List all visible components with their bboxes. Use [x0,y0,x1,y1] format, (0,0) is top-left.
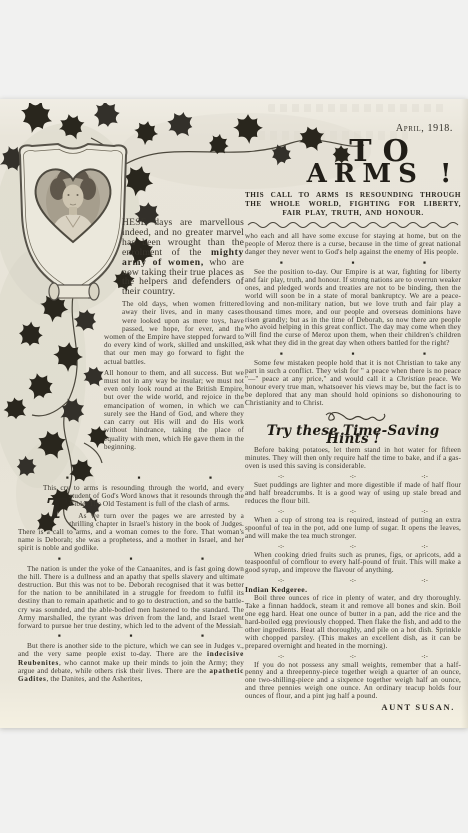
wrap-spacer [18,330,104,456]
article-title: TO ARMS ! [297,139,461,185]
kedgeree-heading: Indian Kedgeree. [245,586,461,594]
square-mark: ■ [130,633,133,639]
hint-mark: -:- [278,544,284,550]
square-mark: ■ [201,633,204,639]
hint-paragraph: Suet puddings are lighter and more diges… [245,482,461,506]
article-subtitle: THIS CALL TO ARMS IS RESOUNDING THROUGH … [245,191,461,217]
hint-mark: -:- [350,578,356,584]
hint-mark: -:- [422,654,428,660]
square-mark: ■ [209,475,212,481]
square-mark: ■ [352,351,355,357]
hint-mark: -:- [350,544,356,550]
hint-mark: -:- [422,509,428,515]
hint-separator: -:- -:- -:- [278,578,428,584]
hint-paragraph: When cooking dried fruits such as prunes… [245,552,461,576]
hint-mark: -:- [278,654,284,660]
issue-date: April, 1918. [245,123,461,134]
paragraph: See the position to-day. Our Empire is a… [245,269,461,348]
wavy-rule [246,221,460,228]
paragraph: But there is another side to the picture… [18,642,244,683]
screenshot-canvas: THESE days are marvellous indeed, and no… [0,0,468,833]
wrap-spacer [18,475,34,497]
section-separator: ■ ■ ■ [66,475,212,481]
section-separator: ■ ■ ■ [58,556,204,562]
square-mark: ■ [201,556,204,562]
left-column: THESE days are marvellous indeed, and no… [18,218,244,686]
square-mark: ■ [352,260,355,266]
paragraph: The nation is under the yoke of the Cana… [18,565,244,631]
hint-paragraph: If you do not possess any small weights,… [245,662,461,702]
title-line: ARMS ! [297,163,461,185]
square-mark: ■ [58,556,61,562]
right-column: April, 1918. TO ARMS ! THIS CALL TO ARMS… [245,109,461,712]
hint-paragraph: Before baking potatoes, let them stand i… [245,447,461,471]
hint-separator: -:- -:- -:- [278,474,428,480]
hint-separator: -:- -:- -:- [278,544,428,550]
hint-paragraph: When a cup of strong tea is required, in… [245,517,461,541]
wrap-spacer [18,497,46,523]
square-mark: ■ [138,475,141,481]
hint-separator: -:- -:- -:- [278,654,428,660]
square-mark: ■ [280,260,283,266]
section-separator: ■ ■ ■ [280,351,426,357]
square-mark: ■ [66,475,69,481]
section-separator: ■ ■ ■ [58,633,204,639]
author-signature: AUNT SUSAN. [245,704,461,712]
square-mark: ■ [423,351,426,357]
right-column-text: who each and all have some excuse for st… [245,233,461,712]
section-separator: ■ ■ ■ [280,260,426,266]
hint-mark: -:- [278,578,284,584]
magazine-page: THESE days are marvellous indeed, and no… [0,99,468,728]
paragraph-text: , the Danites, and the Asherites, [46,675,142,683]
hint-separator: -:- -:- -:- [278,509,428,515]
wrap-spacer [18,456,118,475]
hint-mark: -:- [422,474,428,480]
square-mark: ■ [58,633,61,639]
hint-mark: -:- [350,654,356,660]
paragraph: Some few mistaken people hold that it is… [245,360,461,407]
drop-cap: T [46,497,69,521]
hint-mark: -:- [350,474,356,480]
hint-mark: -:- [422,544,428,550]
hints-heading: Try these Time-Saving Hints ! [245,428,461,444]
hint-mark: -:- [278,509,284,515]
paragraph: who each and all have some excuse for st… [245,233,461,257]
square-mark: ■ [130,556,133,562]
hint-mark: -:- [350,509,356,515]
hint-mark: -:- [278,474,284,480]
italic-word: Christian [397,375,426,383]
square-mark: ■ [280,351,283,357]
hint-paragraph: Boil three ounces of rice in plenty of w… [245,595,461,650]
square-mark: ■ [423,260,426,266]
hint-mark: -:- [422,578,428,584]
wrap-spacer [18,218,122,330]
